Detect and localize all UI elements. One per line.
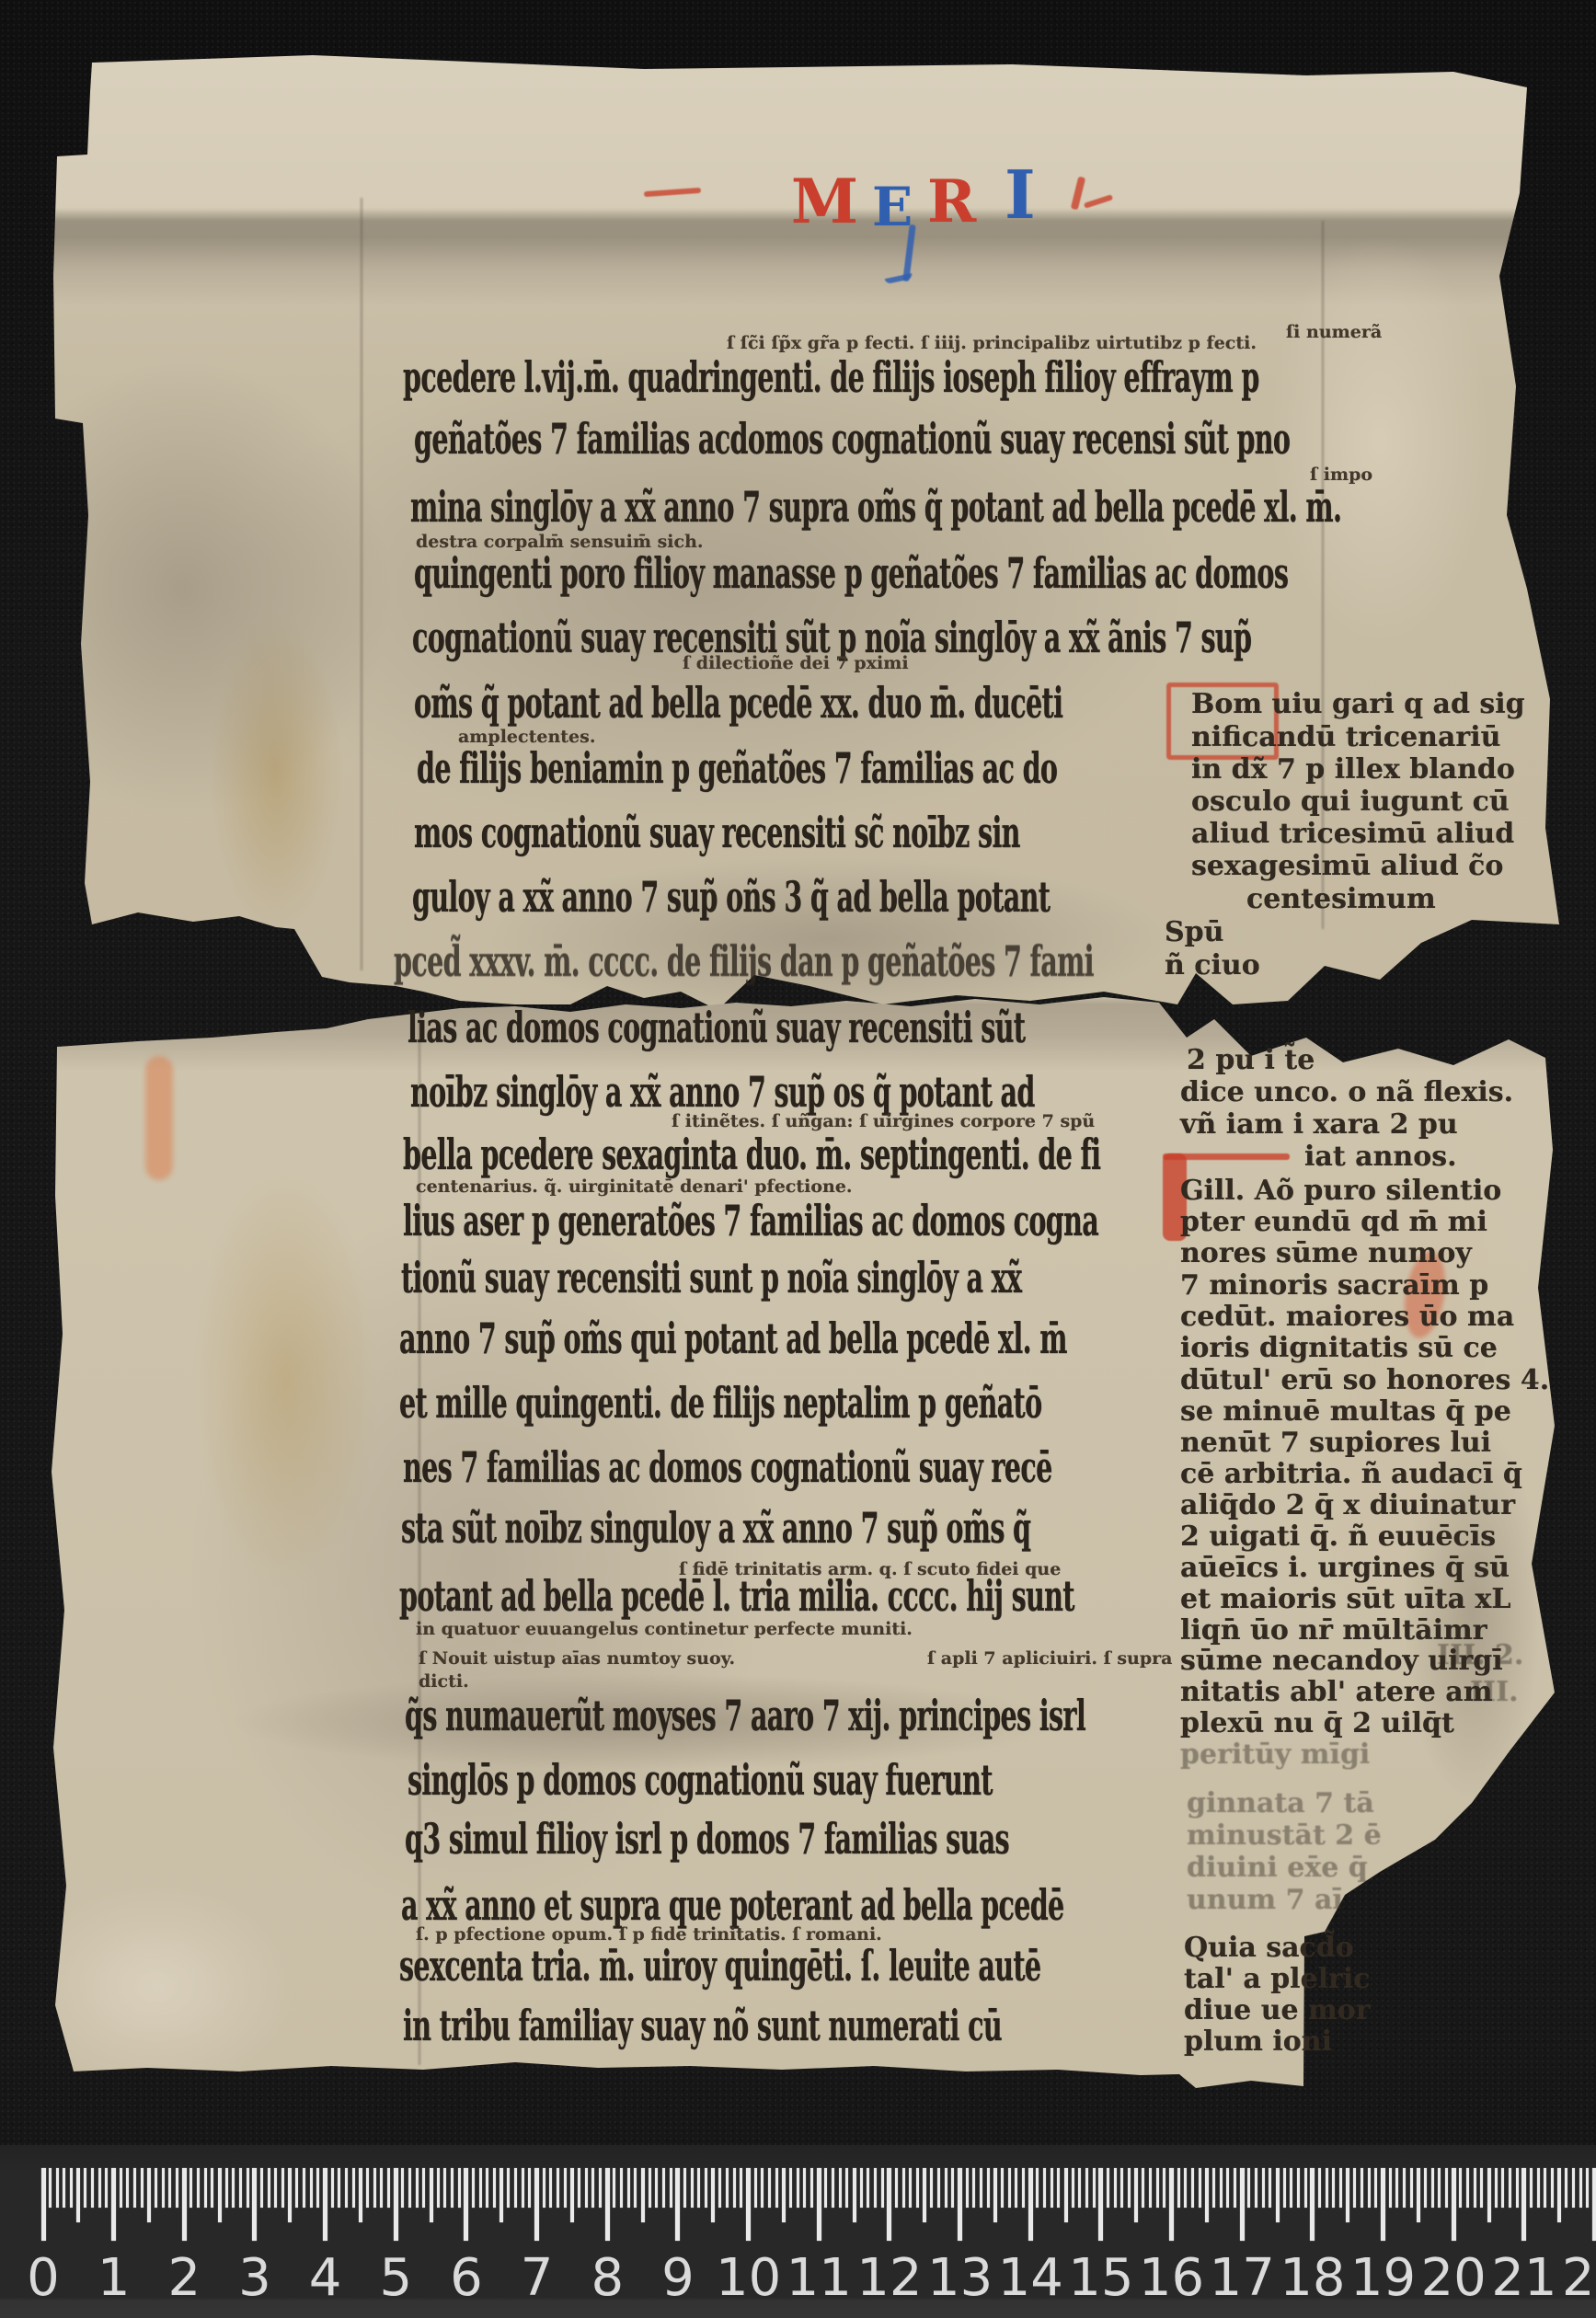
margin-gloss-line: 2 pu i t̃e (1187, 1044, 1315, 1076)
ruler-tick (352, 2168, 355, 2208)
ruler-tick (549, 2168, 552, 2208)
ruler-tick (1565, 2168, 1567, 2208)
ruler-tick (711, 2168, 715, 2222)
ruler-tick (1304, 2168, 1307, 2208)
ruler-tick (522, 2168, 524, 2208)
bible-text-line: guloy a xx̃ anno 7 sup̃ oñs 3 q̃ ad bell… (412, 872, 1050, 922)
margin-gloss-line: diuini ex̄e q̄ (1187, 1852, 1368, 1884)
ruler-tick (1240, 2168, 1245, 2241)
ruler-tick (274, 2168, 277, 2208)
ruler-tick (966, 2168, 969, 2208)
interlinear-gloss: ſ impo (1310, 465, 1372, 485)
ruler-tick (1417, 2168, 1420, 2222)
ruler-tick (437, 2168, 440, 2208)
ruler-tick (49, 2168, 52, 2208)
interlinear-gloss: ſi numerã (1286, 322, 1382, 342)
ruler-tick (1036, 2168, 1039, 2208)
ruler-number: 10 (716, 2248, 781, 2308)
ruler-tick (56, 2168, 59, 2208)
margin-gloss-line: Gill. Aõ puro silentio (1180, 1175, 1501, 1207)
ruler-tick (909, 2168, 912, 2208)
manuscript-text-layer: pcedere l.vij.m̄. quadringenti. de filij… (0, 0, 1596, 2318)
margin-gloss-line: osculo qui iugunt cū (1191, 786, 1510, 818)
ruler-tick (479, 2168, 482, 2208)
ruler-tick (599, 2168, 602, 2208)
ruler-tick (557, 2168, 559, 2208)
interlinear-gloss: centenarius. q̃. uirginitatē denari' pfe… (416, 1176, 853, 1197)
margin-gloss-line: aliq̄do 2 q̄ x diuinatur (1180, 1489, 1515, 1521)
ruler-tick (1332, 2168, 1335, 2208)
ruler-tick (528, 2168, 531, 2208)
ruler-tick (980, 2168, 982, 2208)
ruler-tick (84, 2168, 86, 2208)
ruler-number: 21 (1491, 2248, 1556, 2308)
ruler-tick (111, 2168, 116, 2241)
ruler-tick (1361, 2168, 1363, 2208)
ruler-tick (323, 2168, 327, 2241)
ruler-tick (824, 2168, 827, 2208)
margin-gloss-line: Spū (1165, 916, 1223, 948)
margin-gloss-line: plexū nu q̄ 2 uilq̄t (1180, 1707, 1454, 1739)
ruler-tick (945, 2168, 947, 2208)
ruler-tick (1424, 2168, 1427, 2208)
ruler-tick (239, 2168, 242, 2208)
ruler-tick (225, 2168, 228, 2208)
ruler-tick (1297, 2168, 1300, 2208)
ruler-tick (147, 2168, 151, 2222)
margin-numeral: III. 2. (1437, 1639, 1523, 1671)
ruler-tick (1234, 2168, 1236, 2208)
ruler-tick (155, 2168, 157, 2208)
ruler-tick (937, 2168, 940, 2208)
margin-gloss-line: aūeīcs i. urgines q̄ sū (1180, 1552, 1510, 1584)
ruler-tick (499, 2168, 503, 2222)
ruler-tick (564, 2168, 567, 2208)
interlinear-gloss: ſ Nouit uistup aīas numtoy suoy. (419, 1648, 735, 1669)
ruler-tick (1521, 2168, 1526, 2241)
interlinear-gloss: ſ itinẽtes. ſ uñgan: ſ uirgines corpore … (672, 1111, 1095, 1131)
ruler-tick (1149, 2168, 1152, 2208)
ruler-number: 0 (27, 2248, 60, 2308)
ruler-tick (1374, 2168, 1377, 2208)
ruler-tick (1501, 2168, 1504, 2208)
ruler-tick (1410, 2168, 1413, 2208)
margin-gloss-line: iat annos. (1304, 1141, 1457, 1173)
ruler-tick (1452, 2168, 1456, 2241)
ruler-tick (316, 2168, 319, 2208)
ruler-tick (930, 2168, 933, 2208)
ruler-tick (1276, 2168, 1280, 2222)
margin-gloss-line: cedūt. maiores ūo ma (1180, 1301, 1514, 1333)
ruler-tick (197, 2168, 200, 2208)
margin-gloss-line: se minuē multas q̄ pe (1180, 1395, 1511, 1428)
ruler-tick (705, 2168, 707, 2208)
ruler-tick (1480, 2168, 1483, 2208)
ruler-tick (958, 2168, 962, 2241)
bible-text-line: anno 7 sup̃ om̃s qui potant ad bella pce… (399, 1314, 1067, 1363)
interlinear-gloss: in quatuor euuangelus continetur perfect… (416, 1619, 913, 1639)
interlinear-gloss: amplectentes. (458, 727, 595, 747)
ruler-tick (416, 2168, 419, 2208)
ruler-tick (754, 2168, 757, 2208)
ruler-tick (70, 2168, 73, 2208)
ruler-tick (295, 2168, 298, 2208)
ruler-tick (641, 2168, 645, 2222)
ruler-tick (408, 2168, 411, 2208)
ruler-tick (1078, 2168, 1081, 2208)
interlinear-gloss: ſ apli 7 apliciuiri. ſ supra (927, 1648, 1172, 1669)
ruler-tick (260, 2168, 263, 2208)
ruler-tick (782, 2168, 786, 2222)
ruler-tick (472, 2168, 475, 2208)
ruler-tick (387, 2168, 390, 2208)
ruler-tick (366, 2168, 369, 2208)
ruler-tick (1551, 2168, 1554, 2208)
ruler-tick (627, 2168, 630, 2208)
ruler-tick (649, 2168, 651, 2208)
margin-gloss-line: aliud tricesimū aliud (1191, 818, 1514, 850)
ruler-tick (874, 2168, 877, 2208)
ruler-tick (1226, 2168, 1229, 2208)
ruler-tick (303, 2168, 305, 2208)
ruler-tick (1579, 2168, 1582, 2208)
bible-text-line: lias ac domos cognationũ suay recensiti … (408, 1003, 1025, 1052)
ruler-number: 6 (450, 2248, 483, 2308)
ruler-tick (839, 2168, 842, 2208)
ruler-tick (718, 2168, 721, 2208)
ruler-tick (923, 2168, 926, 2222)
ruler-tick (486, 2168, 488, 2208)
ruler-tick (464, 2168, 468, 2241)
ruler-tick (1544, 2168, 1546, 2208)
photo-canvas: M E R I pcedere l.vij.m̄. quadringenti. … (0, 0, 1596, 2318)
ruler-tick (281, 2168, 284, 2208)
bible-text-line: pced̃ xxxv. m̄. cccc. de filijs dan p ge… (394, 936, 1094, 986)
ruler-tick (211, 2168, 213, 2208)
margin-numeral: III. (1470, 1676, 1519, 1708)
ruler-tick (1255, 2168, 1257, 2208)
bible-text-line: pcedere l.vij.m̄. quadringenti. de filij… (403, 352, 1259, 402)
ruler-tick (1051, 2168, 1053, 2208)
interlinear-gloss: dicti. (419, 1671, 469, 1692)
ruler-tick (1395, 2168, 1398, 2208)
ruler-tick (1368, 2168, 1371, 2208)
ruler-tick (691, 2168, 694, 2208)
ruler-tick (620, 2168, 623, 2208)
ruler-tick (726, 2168, 729, 2208)
ruler-number: 9 (661, 2248, 695, 2308)
ruler-tick (443, 2168, 446, 2208)
ruler-tick (1057, 2168, 1060, 2208)
margin-gloss-line: nificandū tricenariū (1191, 721, 1500, 753)
ruler-tick (803, 2168, 806, 2208)
ruler-tick (373, 2168, 376, 2208)
ruler-tick (1592, 2168, 1596, 2241)
ruler-tick (1134, 2168, 1138, 2222)
ruler-tick (126, 2168, 129, 2208)
ruler-tick (359, 2168, 362, 2222)
ruler-tick (740, 2168, 742, 2208)
ruler-tick (895, 2168, 898, 2208)
ruler-tick (817, 2168, 821, 2241)
ruler-tick (613, 2168, 615, 2208)
ruler-tick (288, 2168, 292, 2222)
ruler-tick (133, 2168, 136, 2208)
ruler-tick (797, 2168, 799, 2208)
ruler-tick (1353, 2168, 1356, 2208)
ruler-tick (493, 2168, 496, 2208)
ruler-tick (189, 2168, 192, 2208)
margin-gloss-line: nitatis abl' atere am (1180, 1676, 1492, 1708)
ruler-tick (761, 2168, 764, 2208)
ruler-tick (1495, 2168, 1498, 2208)
ruler-number: 14 (998, 2248, 1063, 2308)
ruler-number: 5 (379, 2248, 412, 2308)
ruler-number: 19 (1350, 2248, 1416, 2308)
ruler-tick (141, 2168, 144, 2208)
ruler-tick (951, 2168, 954, 2208)
margin-gloss-line: centesimum (1246, 883, 1436, 915)
ruler-tick (1199, 2168, 1201, 2208)
ruler-tick (268, 2168, 270, 2208)
margin-gloss-line: unum 7 aī (1187, 1884, 1343, 1916)
ruler-tick (1310, 2168, 1315, 2241)
ruler-tick (768, 2168, 771, 2208)
bible-text-line: lius aser p generatões 7 familias ac dom… (403, 1196, 1098, 1245)
ruler-tick (1205, 2168, 1209, 2222)
ruler-tick (1487, 2168, 1491, 2222)
ruler-tick (1184, 2168, 1187, 2208)
margin-gloss-line: 2 uigati q̄. ñ euuēcīs (1180, 1520, 1496, 1553)
ruler-tick (570, 2168, 574, 2222)
ruler-tick (401, 2168, 404, 2208)
margin-gloss-line: peritūy mīgi (1180, 1738, 1370, 1771)
ruler-tick (345, 2168, 348, 2208)
ruler-tick (1120, 2168, 1123, 2208)
margin-gloss-line: sexagesimū aliud c̃o (1191, 850, 1503, 882)
ruler-tick (1403, 2168, 1406, 2208)
bible-text-line: q̃s numauerũt moyses 7 aaro 7 xij. princ… (405, 1691, 1085, 1740)
ruler-tick (675, 2168, 680, 2241)
ruler-tick (1474, 2168, 1476, 2208)
bible-text-line: noībz singlōy a xx̃ anno 7 sup̃ os q̃ po… (410, 1067, 1035, 1117)
ruler-number: 4 (309, 2248, 342, 2308)
ruler-tick (972, 2168, 975, 2208)
ruler-tick (1346, 2168, 1349, 2222)
ruler-tick (655, 2168, 658, 2208)
ruler-tick (987, 2168, 990, 2208)
ruler-tick (41, 2168, 46, 2241)
ruler-tick (232, 2168, 235, 2208)
ruler-tick (91, 2168, 94, 2208)
ruler-tick (662, 2168, 665, 2208)
ruler-tick (1128, 2168, 1131, 2208)
ruler-number: 22 (1562, 2248, 1596, 2308)
ruler-tick (578, 2168, 580, 2208)
interlinear-gloss: ſ dilectioñe dei 7 pximi (683, 653, 909, 673)
margin-gloss-line: 7 minoris sacraīm p (1180, 1269, 1488, 1302)
ruler-tick (162, 2168, 165, 2208)
ruler-tick (1290, 2168, 1292, 2208)
ruler-number: 2 (167, 2248, 201, 2308)
ruler-tick (1156, 2168, 1159, 2208)
bible-text-line: et mille quingenti. de filijs neptalim p… (399, 1378, 1042, 1428)
ruler-tick (916, 2168, 919, 2208)
ruler-tick (514, 2168, 517, 2208)
ruler-tick (1142, 2168, 1144, 2208)
ruler-tick (451, 2168, 454, 2208)
ruler-tick (1438, 2168, 1441, 2208)
ruler-tick (422, 2168, 425, 2208)
bible-text-line: singlōs p domos cognationũ suay fuerunt (408, 1755, 993, 1805)
ruler-tick (1283, 2168, 1286, 2208)
ruler-number: 1 (98, 2248, 131, 2308)
margin-gloss-line: pter eundū qd m̄ mi (1180, 1206, 1487, 1238)
ruler-number: 3 (238, 2248, 271, 2308)
ruler-tick (534, 2168, 539, 2241)
ruler-tick (1466, 2168, 1469, 2208)
ruler-tick (1008, 2168, 1011, 2208)
margin-gloss-line: et maioris sūt uīta xL (1180, 1583, 1510, 1615)
ruler-tick (98, 2168, 101, 2208)
ruler-tick (1381, 2168, 1385, 2241)
ruler-tick (697, 2168, 700, 2208)
ruler-tick (1557, 2168, 1561, 2222)
bible-text-line: mina singlōy a xx̃ anno 7 supra om̃s q̃ … (410, 482, 1341, 532)
ruler-tick (881, 2168, 884, 2208)
ruler-tick (76, 2168, 80, 2222)
ruler-tick (394, 2168, 398, 2241)
ruler-tick (1064, 2168, 1068, 2222)
ruler-tick (1163, 2168, 1165, 2208)
bible-text-line: q3 simul filioy isrl p domos 7 familias … (405, 1814, 1009, 1864)
margin-gloss-line: ñ ciuo (1165, 949, 1260, 981)
ruler-tick (1247, 2168, 1250, 2208)
ruler-tick (430, 2168, 433, 2222)
ruler-tick (1093, 2168, 1096, 2208)
ruler-number: 15 (1068, 2248, 1133, 2308)
ruler-tick (1220, 2168, 1223, 2208)
ruler-tick (1072, 2168, 1074, 2208)
ruler: 012345678910111213141516171819202122 (0, 2145, 1596, 2318)
ruler-tick (1169, 2168, 1174, 2241)
ruler-tick (605, 2168, 610, 2241)
ruler-tick (867, 2168, 869, 2208)
ruler-tick (1043, 2168, 1046, 2208)
ruler-tick (1028, 2168, 1033, 2241)
ruler-number: 17 (1210, 2248, 1275, 2308)
ruler-tick (775, 2168, 778, 2208)
ruler-tick (832, 2168, 834, 2208)
bible-text-line: de filijs beniamin p geñatões 7 familias… (417, 743, 1057, 793)
ruler-tick (1459, 2168, 1462, 2208)
ruler-tick (1015, 2168, 1017, 2208)
margin-gloss-line: tal' a plelric (1184, 1963, 1371, 1995)
ruler-number: 7 (521, 2248, 554, 2308)
ruler-tick (733, 2168, 736, 2208)
bible-text-line: geñatões 7 familias acdomos cognationũ s… (414, 414, 1290, 464)
ruler-number: 11 (787, 2248, 852, 2308)
ruler-tick (1022, 2168, 1025, 2208)
ruler-tick (338, 2168, 340, 2208)
ruler-tick (168, 2168, 171, 2208)
bible-text-line: nes 7 familias ac domos cognationũ suay … (403, 1442, 1052, 1492)
margin-gloss-line: dice unco. o nã flexis. (1180, 1076, 1513, 1108)
margin-gloss-line: diue ue mor (1184, 1994, 1371, 2026)
ruler-tick (458, 2168, 461, 2208)
ruler-tick (218, 2168, 222, 2222)
margin-gloss-line: ioris dignitatis sū ce (1180, 1332, 1498, 1364)
ruler-tick (1537, 2168, 1540, 2208)
margin-gloss-line: dūtul' erū so honores 4. (1180, 1364, 1549, 1396)
ruler-tick (543, 2168, 545, 2208)
ruler-tick (1114, 2168, 1117, 2208)
ruler-tick (585, 2168, 588, 2208)
margin-gloss-line: in dx̃ 7 p illex blando (1191, 753, 1515, 786)
ruler-tick (1085, 2168, 1088, 2208)
ruler-tick (1586, 2168, 1589, 2208)
ruler-tick (993, 2168, 997, 2222)
ruler-tick (853, 2168, 856, 2222)
ruler-tick (746, 2168, 751, 2241)
ruler-tick (120, 2168, 122, 2208)
margin-gloss-line: minustāt 2 ē (1187, 1819, 1382, 1852)
ruler-tick (204, 2168, 207, 2208)
interlinear-gloss: ſ. p pfectione opum. ſ p fide trinitatis… (416, 1924, 882, 1945)
ruler-tick (1269, 2168, 1271, 2208)
ruler-tick (310, 2168, 313, 2208)
ruler-number: 13 (927, 2248, 993, 2308)
ruler-tick (176, 2168, 178, 2208)
ruler-tick (1326, 2168, 1328, 2208)
ruler-tick (902, 2168, 905, 2208)
ruler-tick (331, 2168, 334, 2208)
margin-gloss-line: nores sūme numoy (1180, 1237, 1472, 1269)
ruler-tick (1572, 2168, 1575, 2208)
ruler-tick (1509, 2168, 1511, 2208)
ruler-tick (845, 2168, 848, 2208)
ruler-tick (1445, 2168, 1448, 2208)
ruler-number: 12 (856, 2248, 922, 2308)
ruler-tick (507, 2168, 510, 2208)
ruler-tick (1098, 2168, 1103, 2241)
ruler-tick (670, 2168, 672, 2208)
ruler-tick (1389, 2168, 1392, 2208)
margin-gloss-line: nenūt 7 supiores lui (1180, 1427, 1491, 1459)
bible-text-line: om̃s q̃ potant ad bella pcedē xx. duo m̄… (414, 678, 1062, 728)
interlinear-gloss: destra corpalm̄ sensuim̄ sich. (416, 532, 704, 552)
bible-text-line: quingenti poro filioy manasse p geñatões… (414, 548, 1288, 598)
ruler-tick (380, 2168, 383, 2208)
ruler-tick (1318, 2168, 1321, 2208)
ruler-tick (860, 2168, 863, 2208)
ruler-number: 16 (1139, 2248, 1204, 2308)
ruler-tick (1177, 2168, 1180, 2208)
ruler-number: 18 (1280, 2248, 1345, 2308)
ruler-tick (247, 2168, 249, 2208)
ruler-tick (1191, 2168, 1194, 2208)
interlinear-gloss: ſ ſc̃i ſp̃x gr̃a p fecti. ſ iiij. princi… (727, 333, 1257, 353)
ruler-tick (63, 2168, 65, 2208)
ruler-tick (1001, 2168, 1004, 2208)
margin-gloss-line: cē arbitria. ñ audacī q̄ (1180, 1458, 1522, 1490)
ruler-tick (105, 2168, 108, 2208)
ruler-tick (683, 2168, 686, 2208)
margin-gloss-line: Bom uiu gari q ad sig (1191, 688, 1525, 720)
margin-gloss-line: vñ iam i xara 2 pu (1180, 1108, 1458, 1141)
bible-text-line: a xx̃ anno et supra que poterant ad bell… (401, 1880, 1064, 1930)
ruler-tick (252, 2168, 257, 2241)
